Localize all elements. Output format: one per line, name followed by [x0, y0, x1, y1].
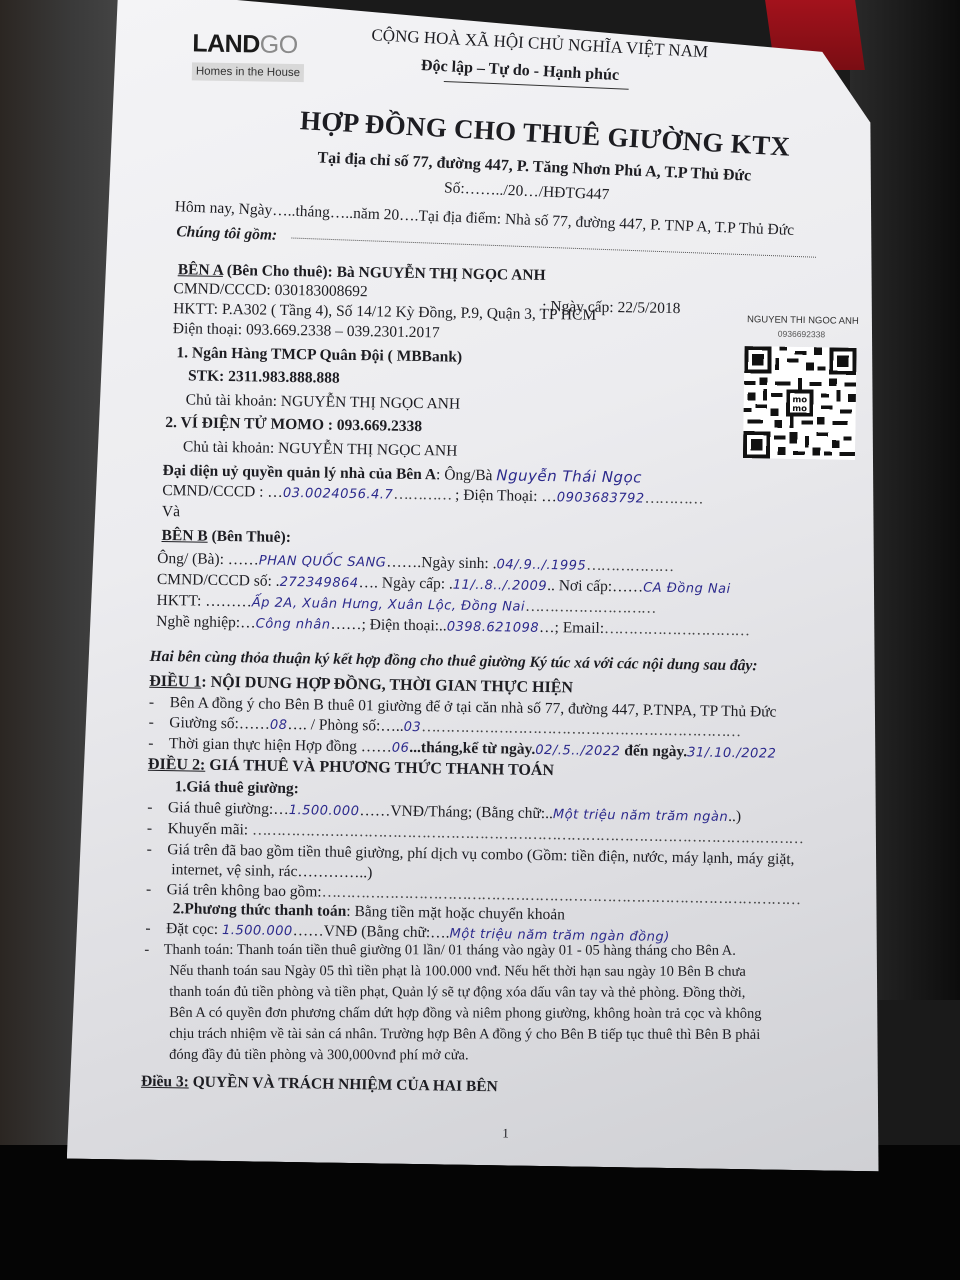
representative-id-handwritten: 03.0024056.4.7 — [283, 486, 394, 503]
bed-number-handwritten: 08 — [270, 718, 288, 733]
room-number-handwritten: 03 — [404, 720, 422, 735]
party-b-name-handwritten: PHAN QUỐC SANG — [259, 554, 387, 571]
deposit-unit: ……VNĐ (Bằng chữ:…. — [293, 922, 450, 941]
included-line-2: internet, vệ sinh, rác…………..) — [171, 861, 372, 882]
party-b-dob-label: …….Ngày sinh: . — [386, 554, 496, 573]
payment-method-label: 2.Phương thức thanh toán — [173, 900, 347, 920]
we-are-label: Chúng tôi gồm: — [176, 223, 277, 245]
party-b-id-label: CMND/CCCD số: . — [157, 571, 280, 590]
party-b-issue-label: …. Ngày cấp: . — [358, 574, 453, 592]
period-months-handwritten: 06 — [392, 741, 410, 756]
bank-account-number: STK: 2311.983.888.888 — [188, 367, 340, 387]
svg-text:mo: mo — [792, 404, 807, 414]
party-b-heading: BÊN B (Bên Thuê): — [161, 527, 291, 547]
party-b-name-label: Ông/ (Bà): …… — [157, 550, 259, 569]
qr-owner-name: NGUYEN THI NGOC ANH — [747, 314, 859, 327]
promotion-label: Khuyến mãi: — [168, 820, 253, 838]
room-label: …. / Phòng số:….. — [287, 716, 404, 735]
party-a-id: CMND/CCCD: 030183008692 — [173, 280, 367, 301]
to-date-handwritten: 31/.10./2022 — [687, 745, 776, 761]
party-b-address-label: HKTT: ……… — [156, 592, 251, 610]
representative-title: : Ông/Bà — [436, 466, 493, 484]
party-a-label: BÊN A — [178, 261, 223, 279]
price-label: Giá thuê giường:… — [168, 799, 289, 818]
party-b-place-handwritten: CA Đồng Nai — [643, 581, 731, 597]
from-date-handwritten: 02/.5../2022 — [535, 743, 620, 759]
payment-terms-line: đóng đầy đủ tiền phòng và 300,000vnđ phí… — [169, 1046, 761, 1065]
party-b-phone-label: ……; Điện thoại:.. — [330, 616, 447, 635]
article-2-label: ĐIỀU 2: — [148, 756, 206, 774]
party-b-label: BÊN B — [161, 527, 207, 545]
contract-page: LANDGO Homes in the House CỘNG HOÀ XÃ HỘ… — [0, 0, 960, 1280]
party-b-job-label: Nghề nghiệp:… — [156, 613, 256, 632]
payment-terms-text: Thanh toán: Thanh toán tiền thuê giường … — [164, 942, 736, 959]
party-b-job-handwritten: Công nhân — [256, 616, 331, 632]
page-number: 1 — [502, 1124, 509, 1142]
price-close: ..) — [728, 808, 741, 825]
party-b-issue-handwritten: 11/..8../.2009 — [453, 578, 548, 594]
payment-method-text: : Bằng tiền mặt hoặc chuyển khoản — [346, 903, 565, 923]
price-handwritten: 1.500.000 — [289, 803, 360, 819]
momo-qr-code-icon: mo mo — [743, 346, 857, 460]
party-b-phone-handwritten: 0398.621098 — [447, 619, 540, 635]
to-date-label: đến ngày. — [620, 742, 687, 760]
payment-terms-line: thanh toán đủ tiền phòng và tiền phạt, Q… — [169, 983, 761, 1002]
article-3-title: QUYỀN VÀ TRÁCH NHIỆM CỦA HAI BÊN — [189, 1073, 498, 1095]
payment-terms-line: - Thanh toán: Thanh toán tiền thuê giườn… — [144, 941, 761, 960]
representative-phone-handwritten: 0903683792 — [557, 490, 645, 506]
period-label: Thời gian thực hiện Hợp đồng …… — [169, 735, 392, 755]
and-label: Và — [162, 503, 180, 521]
article-1-label: ĐIỀU 1 — [149, 673, 201, 691]
rental-price-subheading: 1.Giá thuê giường: — [175, 778, 300, 798]
logo-tagline: Homes in the House — [192, 62, 304, 82]
logo-brand-left: LAND — [192, 29, 260, 58]
party-b-role: (Bên Thuê): — [208, 528, 292, 546]
representative-name-handwritten: Nguyễn Thái Ngọc — [496, 466, 642, 486]
excluded-label: Giá trên không bao gồm: — [167, 881, 322, 900]
price-words-handwritten: Một triệu năm trăm ngàn — [553, 807, 728, 825]
qr-phone: 0936692338 — [778, 329, 825, 340]
payment-terms-line: chịu trách nhiệm về tài sản cá nhân. Trư… — [169, 1025, 761, 1044]
from-date-label: ...tháng,kể từ ngày. — [409, 739, 535, 758]
party-b-place-label: .. Nơi cấp:…… — [547, 577, 643, 596]
representative-phone-label: ; Điện Thoại: … — [455, 487, 557, 506]
payment-terms-line: Nếu thanh toán sau Ngày 05 thì tiền phạt… — [169, 962, 761, 981]
logo-brand-right: GO — [260, 30, 298, 59]
party-b-id-handwritten: 272349864 — [280, 575, 359, 591]
party-b-dob-handwritten: 04/.9../.1995 — [496, 557, 586, 573]
representative-id-label: CMND/CCCD : … — [162, 482, 283, 501]
party-b-address-handwritten: Ấp 2A, Xuân Hưng, Xuân Lộc, Đồng Nai — [252, 595, 525, 614]
landgo-logo: LANDGO Homes in the House — [192, 29, 305, 82]
representative-label: Đại diện uỷ quyền quản lý nhà của Bên A — [162, 462, 436, 483]
article-3-label: Điều 3: — [141, 1073, 189, 1091]
deposit-amount-handwritten: 1.500.000 — [222, 923, 293, 939]
deposit-label: Đặt cọc: — [166, 920, 222, 938]
party-b-email-label: …; Email: — [539, 619, 604, 637]
payment-terms: - Thanh toán: Thanh toán tiền thuê giườn… — [144, 941, 761, 1065]
bed-label: Giường số:…… — [169, 714, 270, 733]
payment-terms-line: Bên A có quyền đơn phương chấm dứt hợp đ… — [169, 1004, 761, 1023]
price-unit: ……VNĐ/Tháng; (Bằng chữ:.. — [359, 802, 553, 822]
